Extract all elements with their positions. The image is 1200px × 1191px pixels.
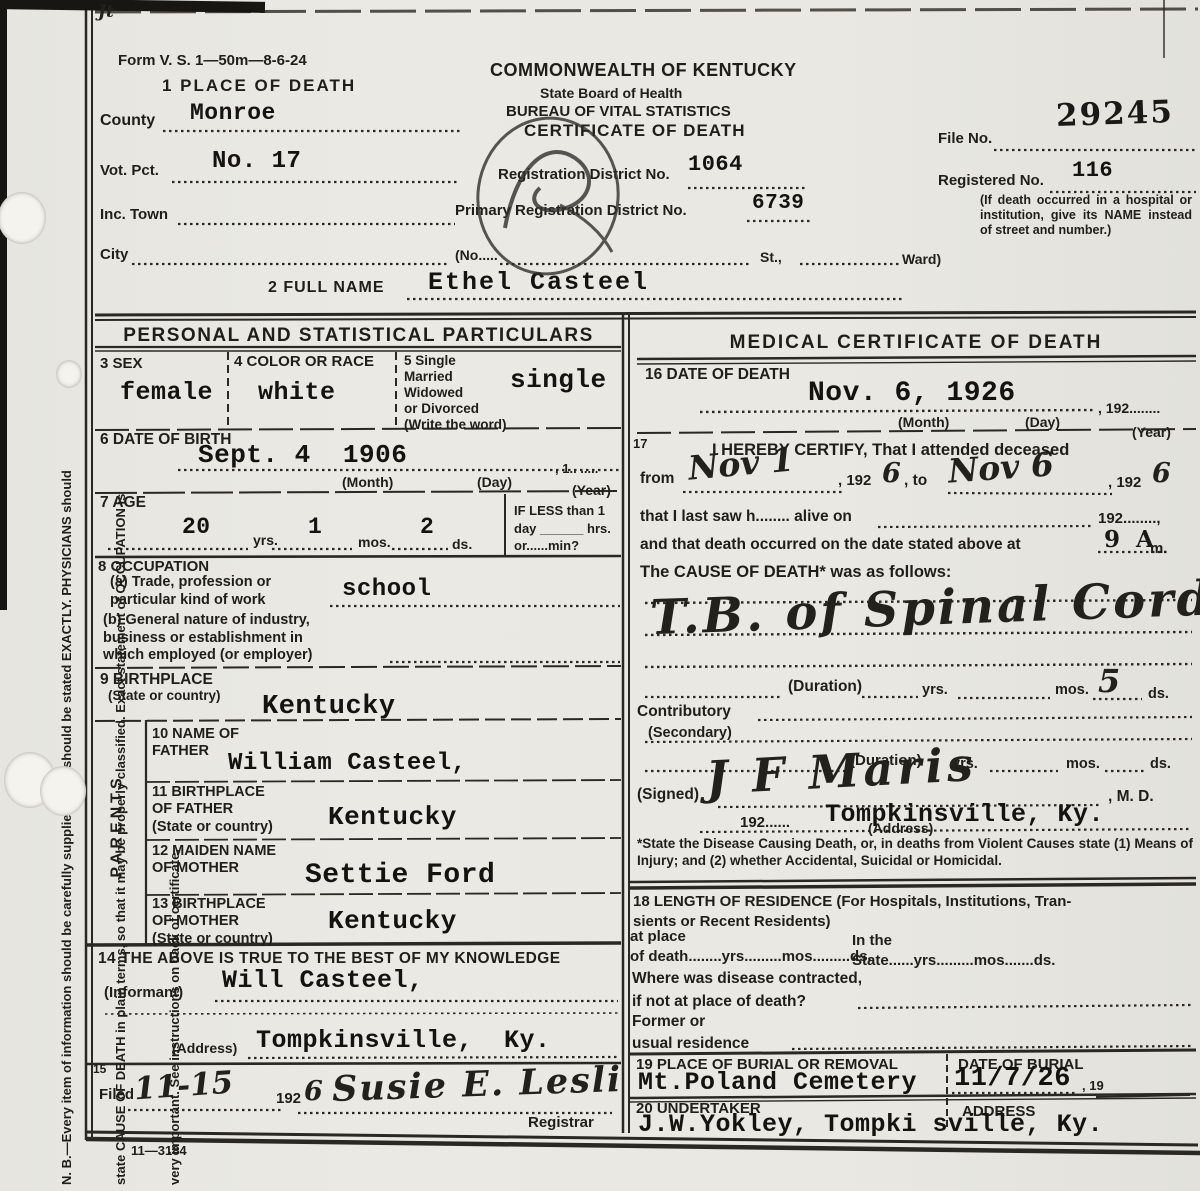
birthplace-sublabel: (State or country) — [108, 688, 221, 703]
county-label: County — [100, 112, 155, 130]
age-days-label: ds. — [452, 536, 472, 552]
street-label: St., — [760, 249, 782, 265]
sex-label: 3 SEX — [100, 355, 143, 372]
place-of-burial-value: Mt.Poland Cemetery — [638, 1068, 917, 1097]
filed-date-handwritten: 11-15 — [133, 1065, 234, 1108]
age-months-label: mos. — [358, 534, 391, 550]
personal-section-title: PERSONAL AND STATISTICAL PARTICULARS — [95, 325, 622, 347]
attended-to-date-handwritten: Nov 6 — [947, 444, 1055, 490]
occupation-a-label: (a) Trade, profession or particular kind… — [110, 574, 271, 609]
registered-no-value: 116 — [1072, 158, 1113, 183]
city-label: City — [100, 246, 128, 263]
duration-days-handwritten: 5 — [1098, 662, 1120, 700]
marital-status-value: single — [510, 365, 607, 395]
age-days-value: 2 — [420, 514, 434, 540]
hospital-note: (If death occurred in a hospital or inst… — [980, 193, 1192, 237]
full-name-value: Ethel Casteel — [428, 268, 649, 297]
burial-year-prefix: , 19 — [1082, 1078, 1104, 1093]
age-months-value: 1 — [308, 514, 322, 540]
file-no-value: 29245 — [1055, 94, 1174, 134]
primary-registration-value: 6739 — [752, 192, 804, 215]
punch-hole — [0, 192, 46, 244]
physician-signature: J F Maris — [705, 737, 978, 805]
full-name-label: 2 FULL NAME — [268, 279, 384, 297]
attended-from-date-handwritten: Nov 1 — [687, 439, 796, 487]
occupation-a-value: school — [342, 576, 431, 603]
if-not-at-place-label: if not at place of death? — [632, 993, 806, 1011]
to-year-digit: 6 — [1152, 458, 1171, 489]
primary-registration-label: Primary Registration District No. — [455, 202, 687, 219]
signed-label: (Signed) — [637, 786, 699, 804]
secondary-label: (Secondary) — [648, 725, 732, 741]
vot-pct-label: Vot. Pct. — [100, 162, 159, 179]
mother-birthplace-label: 13 BIRTHPLACE OF MOTHER (State or countr… — [152, 896, 273, 948]
at-place-label: at place — [630, 928, 686, 945]
father-name-label: 10 NAME OF FATHER — [152, 726, 239, 761]
death-time-meridiem: m. — [1150, 540, 1168, 557]
filed-year-prefix: 192 — [276, 1090, 301, 1107]
state-duration-line: State......yrs.........mos.......ds. — [852, 952, 1055, 969]
last-saw-year: 192........, — [1098, 510, 1161, 527]
duration-years-label: yrs. — [922, 682, 948, 698]
father-birthplace-value: Kentucky — [328, 802, 457, 832]
filed-label: Filed — [99, 1086, 134, 1103]
form-number: Form V. S. 1—50m—8-6-24 — [118, 52, 307, 69]
physician-address-value: Tompkinsville, Ky. — [825, 800, 1104, 829]
dob-day-label: (Day) — [477, 474, 512, 490]
plate-number: 11—3184 — [131, 1143, 187, 1158]
state-board-subtitle: State Board of Health — [540, 85, 682, 101]
occupation-label: 8 OCCUPATION — [98, 558, 209, 575]
date-of-death-value: Nov. 6, 1926 — [808, 378, 1016, 409]
registration-district-label: Registration District No. — [498, 166, 670, 183]
punch-hole — [56, 360, 82, 388]
usual-residence-label: usual residence — [632, 1035, 749, 1053]
street-no-label: (No..... — [455, 247, 498, 263]
informant-address-label: (Address) — [172, 1040, 237, 1056]
registered-no-label: Registered No. — [938, 172, 1044, 189]
dob-year-label: (Year) — [572, 482, 611, 498]
parents-vertical-label: PARENTS — [109, 709, 127, 944]
file-no-label: File No. — [938, 130, 992, 147]
dod-year-prefix: , 192........ — [1098, 400, 1160, 416]
md-label: , M. D. — [1108, 788, 1154, 806]
vot-pct-value: No. 17 — [212, 148, 301, 175]
medical-section-title: MEDICAL CERTIFICATE OF DEATH — [637, 332, 1195, 354]
undertaker-value: J.W.Yokley, Tompki sville, Ky. — [638, 1110, 1103, 1139]
scan-edge-artifact — [0, 0, 7, 610]
signed-year-prefix: 192...... — [740, 814, 790, 831]
mother-maiden-name-value: Settie Ford — [305, 860, 495, 891]
dod-day-label: (Day) — [1025, 414, 1060, 430]
duration2-days-label: ds. — [1150, 756, 1171, 772]
occupation-b-label: (b) General nature of industry, business… — [103, 612, 313, 665]
punch-hole — [40, 766, 86, 816]
certificate-title: CERTIFICATE OF DEATH — [524, 121, 745, 141]
duration2-months-label: mos. — [1066, 756, 1100, 772]
date-of-birth-value: Sept. 4 1906 — [198, 440, 407, 470]
duration-label: (Duration) — [788, 678, 862, 696]
birthplace-value: Kentucky — [262, 692, 396, 722]
inc-town-label: Inc. Town — [100, 206, 168, 223]
father-name-value: William Casteel, — [228, 750, 466, 777]
pen-mark: Jt — [98, 2, 114, 22]
informant-label: (Informant) — [104, 984, 183, 1001]
age-years-value: 20 — [182, 514, 211, 540]
age-label: 7 AGE — [100, 494, 146, 512]
former-label: Former or — [632, 1013, 705, 1031]
from-year-digit: 6 — [882, 458, 901, 489]
registration-district-value: 1064 — [688, 152, 743, 177]
marital-status-label: 5 Single Married Widowed or Divorced (Wr… — [404, 353, 507, 433]
death-occurred-statement: and that death occurred on the date stat… — [640, 536, 1021, 554]
in-the-label: In the — [852, 932, 892, 949]
ward-label: Ward) — [902, 251, 941, 267]
cause-of-death-label: The CAUSE OF DEATH* was as follows: — [640, 563, 951, 582]
birthplace-label: 9 BIRTHPLACE — [100, 671, 213, 689]
dod-year-label: (Year) — [1132, 424, 1171, 440]
disease-contracted-label: Where was disease contracted, — [632, 970, 862, 988]
informant-value: Will Casteel, — [222, 966, 424, 995]
date-of-death-label: 16 DATE OF DEATH — [645, 366, 790, 384]
if-less-than-day-note: IF LESS than 1 day ______ hrs. or......m… — [514, 502, 611, 555]
attended-from-label: from — [640, 470, 674, 488]
dod-month-label: (Month) — [898, 414, 949, 430]
contributory-label: Contributory — [637, 703, 731, 721]
to-year-prefix: , 192 — [1108, 474, 1141, 491]
margin-note: N. B.—Every item of information should b… — [8, 5, 88, 1185]
duration-days-label: ds. — [1148, 686, 1169, 702]
certificate-page: N. B.—Every item of information should b… — [0, 0, 1200, 1191]
registrar-label: Registrar — [528, 1114, 594, 1131]
registrar-signature: Susie E. Lesli — [331, 1059, 623, 1110]
bureau-subtitle: BUREAU OF VITAL STATISTICS — [506, 103, 731, 120]
color-race-value: white — [258, 378, 336, 407]
duration-months-label: mos. — [1055, 682, 1089, 698]
filed-year-digit: 6 — [304, 1076, 323, 1107]
margin-note-line1: N. B.—Every item of information should b… — [53, 5, 80, 1185]
age-years-label: yrs. — [253, 532, 278, 548]
section-1-place-of-death: 1 PLACE OF DEATH — [162, 76, 356, 96]
father-birthplace-label: 11 BIRTHPLACE OF FATHER (State or countr… — [152, 784, 273, 836]
date-of-burial-value: 11/7/26 — [954, 1064, 1071, 1094]
color-race-label: 4 COLOR OR RACE — [234, 353, 374, 370]
physician-address-label: (Address) — [868, 820, 933, 836]
item-17-number: 17 — [633, 436, 647, 451]
attended-to-label: , to — [904, 472, 927, 490]
dob-month-label: (Month) — [342, 474, 393, 490]
commonwealth-title: COMMONWEALTH OF KENTUCKY — [490, 60, 797, 81]
mother-birthplace-value: Kentucky — [328, 906, 457, 936]
informant-address-value: Tompkinsville, Ky. — [256, 1026, 551, 1055]
item-15-number: 15 — [93, 1062, 106, 1076]
county-value: Monroe — [190, 100, 276, 126]
of-death-duration-line: of death........yrs.........mos.........… — [630, 948, 872, 965]
length-of-residence-label: 18 LENGTH OF RESIDENCE (For Hospitals, I… — [633, 892, 1071, 933]
cause-footnote: *State the Disease Causing Death, or, in… — [637, 836, 1193, 870]
last-saw-alive-statement: that I last saw h........ alive on — [640, 508, 852, 526]
mother-maiden-name-label: 12 MAIDEN NAME OF MOTHER — [152, 843, 276, 878]
sex-value: female — [120, 378, 213, 407]
from-year-prefix: , 192 — [838, 472, 871, 489]
dob-year-prefix: , 1.. ..... — [555, 461, 598, 476]
